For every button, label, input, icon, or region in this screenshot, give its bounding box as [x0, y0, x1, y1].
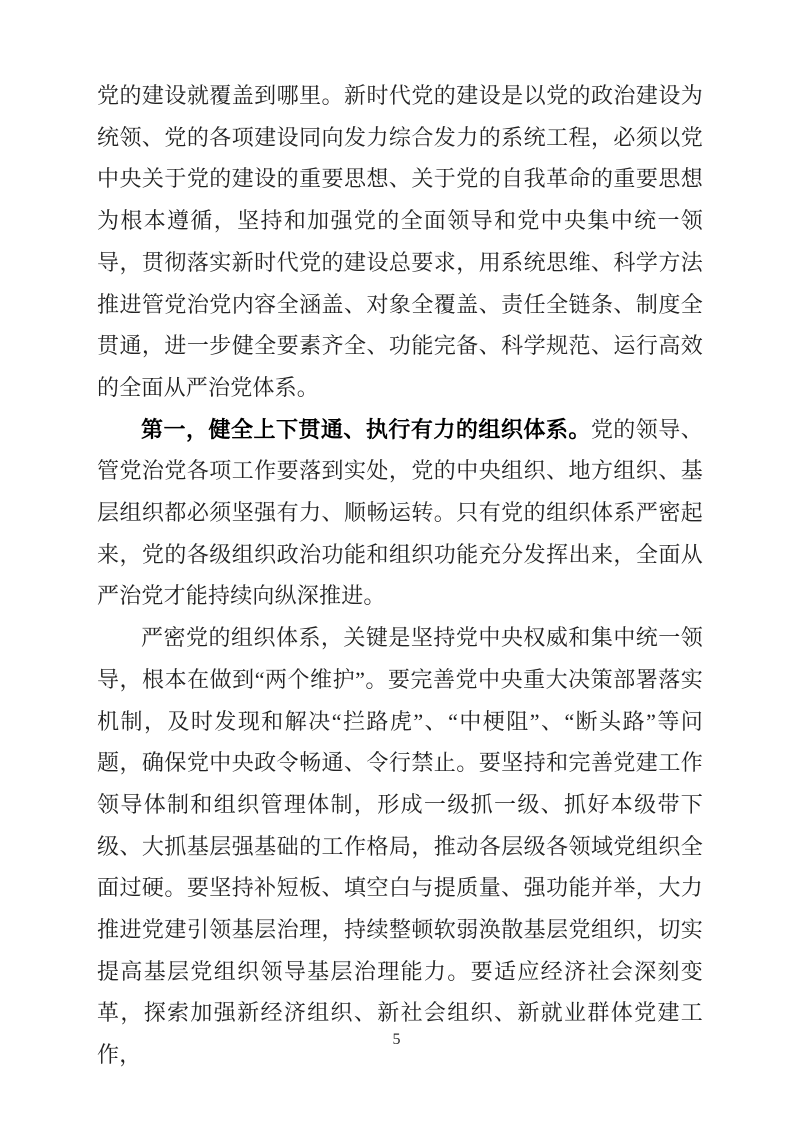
document-page: 党的建设就覆盖到哪里。新时代党的建设是以党的政治建设为统领、党的各项建设同向发力…: [0, 0, 793, 1122]
paragraph-organization-system: 严密党的组织体系，关键是坚持党中央权威和集中统一领导，根本在做到“两个维护”。要…: [97, 617, 703, 1076]
page-number: 5: [0, 1030, 793, 1050]
text-run: 党的建设就覆盖到哪里。新时代党的建设是以党的政治建设为统领、党的各项建设同向发力…: [97, 83, 703, 400]
text-block: 党的建设就覆盖到哪里。新时代党的建设是以党的政治建设为统领、党的各项建设同向发力…: [97, 75, 703, 1076]
paragraph-continuation: 党的建设就覆盖到哪里。新时代党的建设是以党的政治建设为统领、党的各项建设同向发力…: [97, 75, 703, 409]
text-run: 党的领导、管党治党各项工作要落到实处，党的中央组织、地方组织、基层组织都必须坚强…: [97, 417, 703, 609]
text-run: 严密党的组织体系，关键是坚持党中央权威和集中统一领导，根本在做到“两个维护”。要…: [97, 625, 703, 1067]
paragraph-first-point: 第一，健全上下贯通、执行有力的组织体系。党的领导、管党治党各项工作要落到实处，党…: [97, 409, 703, 618]
bold-heading-run: 第一，健全上下贯通、执行有力的组织体系。: [141, 417, 591, 442]
